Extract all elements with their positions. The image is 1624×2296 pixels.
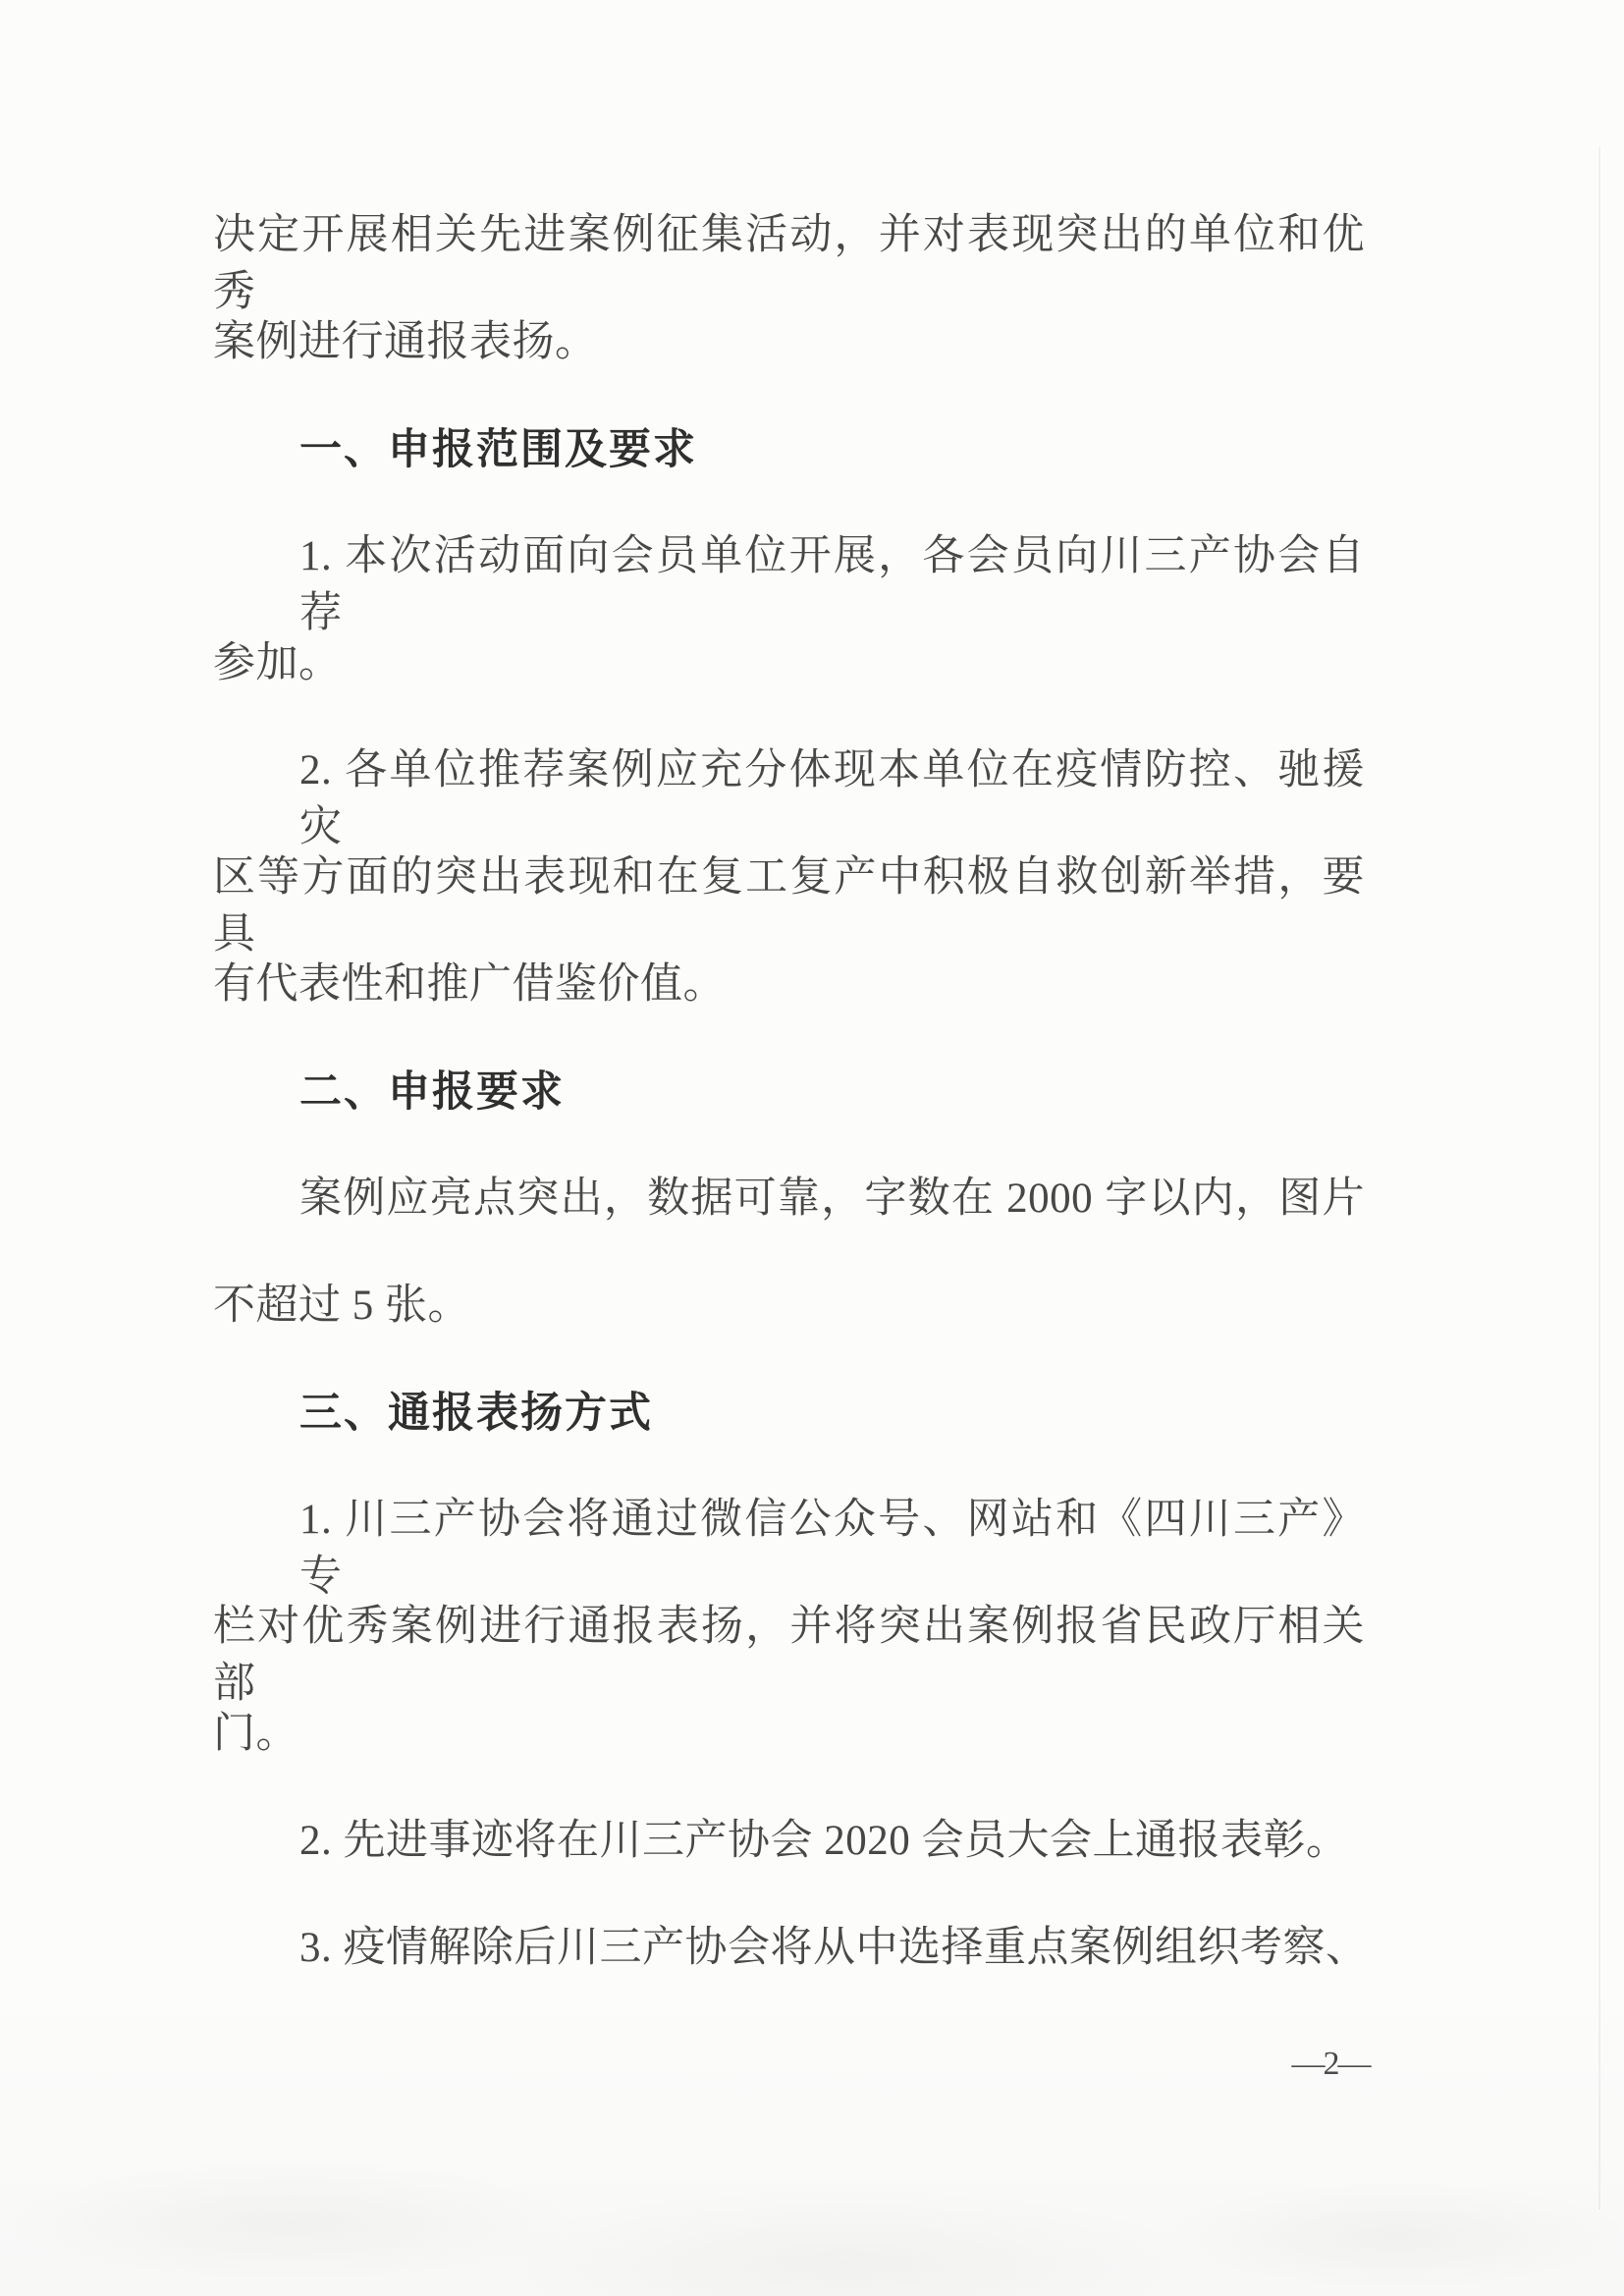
document-page: 决定开展相关先进案例征集活动，并对表现突出的单位和优秀 案例进行通报表扬。 一、… bbox=[0, 0, 1624, 2296]
text-line: 区等方面的突出表现和在复工复产中积极自救创新举措，要具 bbox=[213, 849, 1365, 906]
text-line: 3. 疫情解除后川三产协会将从中选择重点案例组织考察、 bbox=[213, 1920, 1365, 1977]
scan-edge-artifact bbox=[1598, 147, 1600, 2210]
text-line: 2. 各单位推荐案例应充分体现本单位在疫情防控、驰援灾 bbox=[213, 742, 1365, 799]
section-heading: 二、申报要求 bbox=[213, 1064, 1365, 1121]
text-line: 门。 bbox=[213, 1706, 1365, 1763]
text-line: 有代表性和推广借鉴价值。 bbox=[213, 957, 1365, 1013]
text-line: 1. 本次活动面向会员单位开展，各会员向川三产协会自荐 bbox=[213, 528, 1365, 585]
section-heading: 三、通报表扬方式 bbox=[213, 1385, 1365, 1442]
section-heading: 一、申报范围及要求 bbox=[213, 421, 1365, 478]
text-line: 栏对优秀案例进行通报表扬，并将突出案例报省民政厅相关部 bbox=[213, 1599, 1365, 1656]
text-line: 1. 川三产协会将通过微信公众号、网站和《四川三产》专 bbox=[213, 1492, 1365, 1549]
text-line: 案例应亮点突出，数据可靠，字数在 2000 字以内，图片 bbox=[213, 1171, 1365, 1228]
text-line: 决定开展相关先进案例征集活动，并对表现突出的单位和优秀 bbox=[213, 207, 1365, 264]
page-number: —2— bbox=[1276, 2045, 1384, 2084]
text-line: 案例进行通报表扬。 bbox=[213, 314, 1365, 371]
text-line: 不超过 5 张。 bbox=[213, 1278, 1365, 1335]
text-line: 2. 先进事迹将在川三产协会 2020 会员大会上通报表彰。 bbox=[213, 1813, 1365, 1870]
document-body: 决定开展相关先进案例征集活动，并对表现突出的单位和优秀 案例进行通报表扬。 一、… bbox=[0, 0, 1624, 2296]
text-line: 参加。 bbox=[213, 635, 1365, 692]
